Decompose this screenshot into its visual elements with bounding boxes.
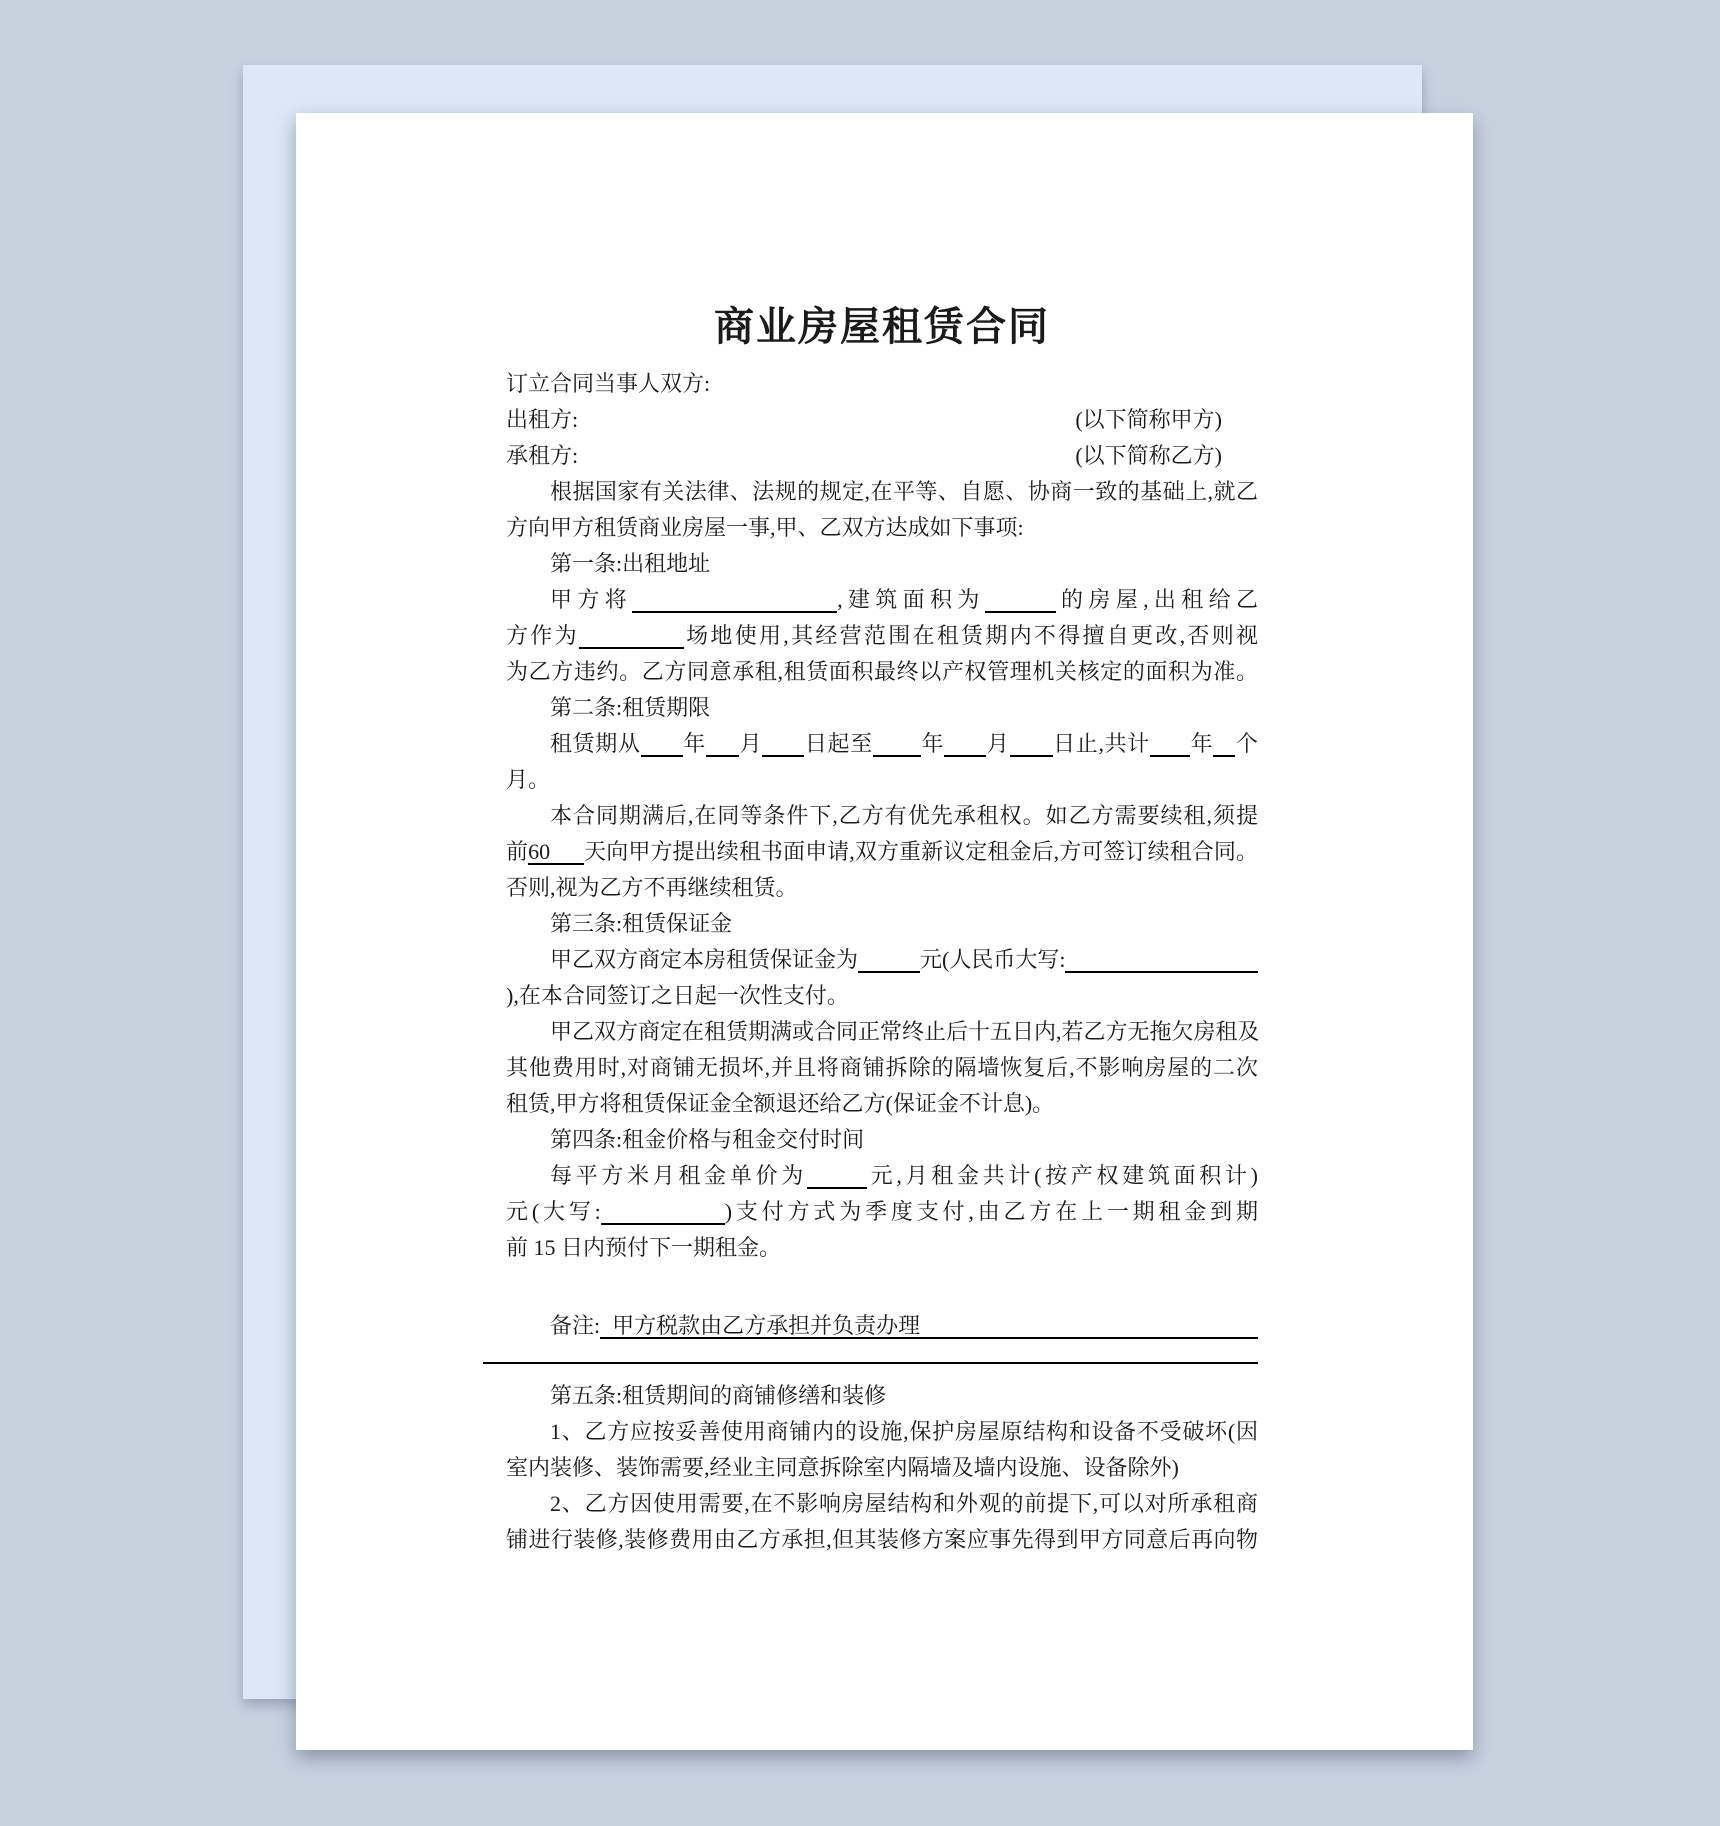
blank-underline — [632, 587, 837, 613]
text-segment: 前 15 日内预付下一期租金。 — [506, 1235, 781, 1260]
blank-underline — [579, 623, 684, 649]
contract-line: 甲方将 ,建筑面积为 的房屋,出租给乙 — [506, 582, 1258, 618]
text-segment: 承租方: — [506, 438, 578, 474]
blank-underline — [762, 731, 804, 757]
party-abbreviation-note: (以下简称甲方) — [1075, 402, 1222, 438]
text-segment: 第五条:租赁期间的商铺修缮和装修 — [550, 1383, 886, 1408]
text-segment: ,建筑面积为 — [837, 587, 985, 612]
text-segment: 甲方将 — [550, 587, 632, 612]
clause-2-heading: 第二条:租赁期限 — [506, 690, 1258, 726]
blank-underline — [601, 1199, 725, 1225]
text-segment: 日起至 — [804, 731, 873, 756]
text-segment: 为乙方违约。乙方同意承租,租赁面积最终以产权管理机关核定的面积为准。 — [506, 659, 1258, 684]
text-segment: 铺进行装修,装修费用由乙方承担,但其装修方案应事先得到甲方同意后再向物 — [506, 1527, 1258, 1552]
clause-1-heading: 第一条:出租地址 — [506, 546, 1258, 582]
text-segment: 出租方: — [506, 402, 578, 438]
blank-underline — [1065, 947, 1258, 973]
text-segment: 元(人民币大写: — [920, 942, 1065, 978]
contract-line: 否则,视为乙方不再继续租赁。 — [506, 870, 1258, 906]
blank-underline — [858, 947, 920, 973]
text-segment: 2、乙方因使用需要,在不影响房屋结构和外观的前提下,可以对所承租商 — [550, 1491, 1258, 1516]
text-segment: 第三条:租赁保证金 — [550, 911, 732, 936]
text-segment: 1、乙方应按妥善使用商铺内的设施,保护房屋原结构和设备不受破坏(因 — [550, 1419, 1258, 1444]
contract-line: 甲乙双方商定本房租赁保证金为 元(人民币大写: — [506, 942, 1258, 978]
contract-line: 2、乙方因使用需要,在不影响房屋结构和外观的前提下,可以对所承租商 — [506, 1486, 1258, 1522]
text-segment: 方作为 — [506, 623, 579, 648]
text-segment: 订立合同当事人双方: — [506, 371, 710, 396]
text-segment: 天向甲方提出续租书面申请,双方重新议定租金后,方可签订续租合同。 — [584, 839, 1258, 864]
text-segment: 否则,视为乙方不再继续租赁。 — [506, 875, 798, 900]
text-segment: 月 — [986, 731, 1009, 756]
contract-line: 其他费用时,对商铺无损坏,并且将商铺拆除的隔墙恢复后,不影响房屋的二次 — [506, 1050, 1258, 1086]
contract-line: 方作为 场地使用,其经营范围在租赁期内不得擅自更改,否则视 — [506, 618, 1258, 654]
blank-underline — [944, 731, 986, 757]
contract-line: 为乙方违约。乙方同意承租,租赁面积最终以产权管理机关核定的面积为准。 — [506, 654, 1258, 690]
remark-line: 备注:甲方税款由乙方承担并负责办理 — [506, 1308, 1258, 1344]
text-segment: 月。 — [506, 767, 550, 792]
contract-line: 本合同期满后,在同等条件下,乙方有优先承租权。如乙方需要续租,须提 — [506, 798, 1258, 834]
blank-underline — [1150, 731, 1190, 757]
contract-line: 方向甲方租赁商业房屋一事,甲、乙双方达成如下事项: — [506, 510, 1258, 546]
text-segment: 第二条:租赁期限 — [550, 695, 710, 720]
lessor-line: 出租方:(以下简称甲方) — [506, 402, 1258, 438]
text-segment: 备注: — [550, 1308, 600, 1344]
text-segment: 日止,共计 — [1053, 731, 1150, 756]
contract-line: 前60天向甲方提出续租书面申请,双方重新议定租金后,方可签订续租合同。 — [506, 834, 1258, 870]
contract-line: ),在本合同签订之日起一次性支付。 — [506, 978, 1258, 1014]
blank-underline — [641, 731, 683, 757]
contract-line: 前 15 日内预付下一期租金。 — [506, 1230, 1258, 1266]
contract-line: 元(大写: )支付方式为季度支付,由乙方在上一期租金到期 — [506, 1194, 1258, 1230]
text-segment: 元(大写: — [506, 1199, 601, 1224]
text-segment: 租赁期从 — [550, 731, 641, 756]
contract-line: 室内装修、装饰需要,经业主同意拆除室内隔墙及墙内设施、设备除外) — [506, 1450, 1258, 1486]
clause-5-heading: 第五条:租赁期间的商铺修缮和装修 — [506, 1378, 1258, 1414]
blank-underline — [706, 731, 739, 757]
text-segment: 的房屋,出租给乙 — [1056, 587, 1258, 612]
section-divider — [483, 1362, 1258, 1364]
contract-line: 甲乙双方商定在租赁期满或合同正常终止后十五日内,若乙方无拖欠房租及 — [506, 1014, 1258, 1050]
text-segment: 月 — [739, 731, 762, 756]
contract-line: 每平方米月租金单价为 元,月租金共计(按产权建筑面积计) — [506, 1158, 1258, 1194]
text-segment: 根据国家有关法律、法规的规定,在平等、自愿、协商一致的基础上,就乙 — [550, 479, 1258, 504]
blank-underline — [1213, 731, 1235, 757]
blank-underline — [873, 731, 921, 757]
document-body: 订立合同当事人双方:出租方:(以下简称甲方)承租方:(以下简称乙方)根据国家有关… — [506, 366, 1258, 1558]
text-segment: 年 — [683, 731, 706, 756]
lessee-line: 承租方:(以下简称乙方) — [506, 438, 1258, 474]
contract-line: 月。 — [506, 762, 1258, 798]
blank-underline — [985, 587, 1056, 613]
spacer — [506, 1266, 1258, 1308]
text-segment: 元,月租金共计(按产权建筑面积计) — [867, 1163, 1258, 1188]
clause-4-heading: 第四条:租金价格与租金交付时间 — [506, 1122, 1258, 1158]
text-segment: 甲乙双方商定在租赁期满或合同正常终止后十五日内,若乙方无拖欠房租及 — [550, 1019, 1258, 1044]
document-title: 商业房屋租赁合同 — [506, 303, 1258, 351]
text-segment: 本合同期满后,在同等条件下,乙方有优先承租权。如乙方需要续租,须提 — [550, 803, 1258, 828]
text-segment: 每平方米月租金单价为 — [550, 1163, 807, 1188]
filled-blank: 甲方税款由乙方承担并负责办理 — [600, 1313, 1258, 1339]
text-segment: 其他费用时,对商铺无损坏,并且将商铺拆除的隔墙恢复后,不影响房屋的二次 — [506, 1055, 1258, 1080]
contract-line: 租赁期从 年 月 日起至 年 月 日止,共计 年 个 — [506, 726, 1258, 762]
blank-underline — [807, 1163, 867, 1189]
parties-intro-line: 订立合同当事人双方: — [506, 366, 1258, 402]
text-segment: 前 — [506, 839, 528, 864]
text-segment: )支付方式为季度支付,由乙方在上一期租金到期 — [725, 1199, 1258, 1224]
text-segment: 方向甲方租赁商业房屋一事,甲、乙双方达成如下事项: — [506, 515, 1024, 540]
text-segment: 个 — [1235, 731, 1258, 756]
clause-3-heading: 第三条:租赁保证金 — [506, 906, 1258, 942]
contract-line: 租赁,甲方将租赁保证金全额退还给乙方(保证金不计息)。 — [506, 1086, 1258, 1122]
text-segment: 年 — [1190, 731, 1213, 756]
contract-page: 商业房屋租赁合同 订立合同当事人双方:出租方:(以下简称甲方)承租方:(以下简称… — [296, 113, 1473, 1750]
contract-line: 铺进行装修,装修费用由乙方承担,但其装修方案应事先得到甲方同意后再向物 — [506, 1522, 1258, 1558]
text-segment: 第四条:租金价格与租金交付时间 — [550, 1127, 864, 1152]
text-segment: 室内装修、装饰需要,经业主同意拆除室内隔墙及墙内设施、设备除外) — [506, 1455, 1179, 1480]
blank-underline — [1010, 731, 1053, 757]
text-segment: 第一条:出租地址 — [550, 551, 710, 576]
party-abbreviation-note: (以下简称乙方) — [1075, 438, 1222, 474]
text-segment: 甲乙双方商定本房租赁保证金为 — [550, 942, 858, 978]
text-segment: ),在本合同签订之日起一次性支付。 — [506, 983, 849, 1008]
filled-blank: 60 — [528, 839, 584, 865]
contract-line: 1、乙方应按妥善使用商铺内的设施,保护房屋原结构和设备不受破坏(因 — [506, 1414, 1258, 1450]
text-segment: 年 — [921, 731, 944, 756]
text-segment: 租赁,甲方将租赁保证金全额退还给乙方(保证金不计息)。 — [506, 1091, 1054, 1116]
text-segment: 场地使用,其经营范围在租赁期内不得擅自更改,否则视 — [684, 623, 1258, 648]
contract-line: 根据国家有关法律、法规的规定,在平等、自愿、协商一致的基础上,就乙 — [506, 474, 1258, 510]
